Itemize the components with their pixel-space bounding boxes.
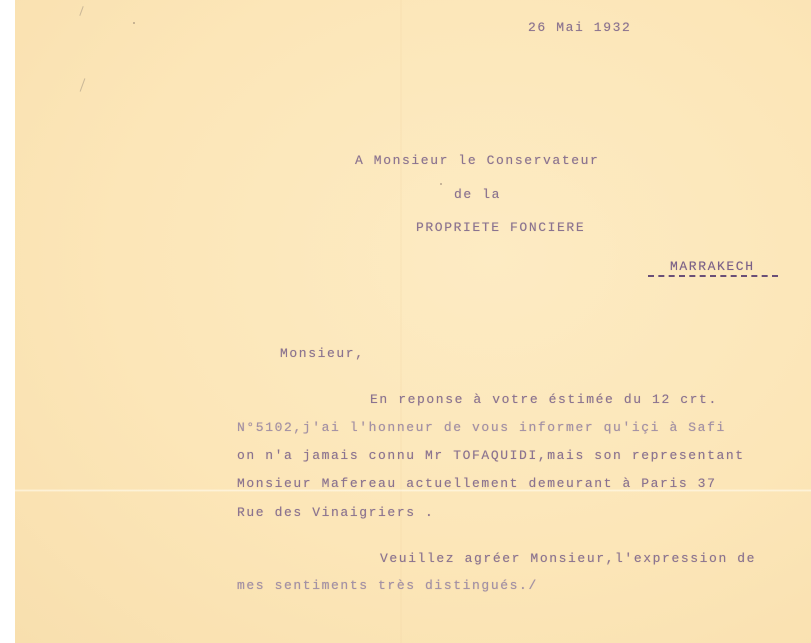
body-line-2: N°5102,j'ai l'honneur de vous informer q… — [237, 420, 726, 435]
closing-line-2: mes sentiments très distingués./ — [237, 578, 538, 593]
letter-paper: 26 Mai 1932 A Monsieur le Conservateur d… — [15, 0, 811, 643]
city-underline — [648, 275, 778, 277]
recipient-line-2: de la — [454, 187, 501, 202]
paper-scratch — [80, 78, 86, 91]
body-line-5: Rue des Vinaigriers . — [237, 505, 434, 520]
paper-speck — [440, 183, 442, 185]
salutation: Monsieur, — [280, 346, 365, 361]
vertical-fold-crease — [400, 0, 402, 643]
letter-date: 26 Mai 1932 — [528, 20, 631, 35]
body-line-3: on n'a jamais connu Mr TOFAQUIDI,mais so… — [237, 448, 745, 463]
recipient-line-3: PROPRIETE FONCIERE — [416, 220, 585, 235]
body-line-1: En reponse à votre éstimée du 12 crt. — [370, 392, 718, 407]
closing-line-1: Veuillez agréer Monsieur,l'expression de — [380, 551, 756, 566]
body-line-4: Monsieur Mafereau actuellement demeurant… — [237, 476, 716, 491]
paper-speck — [133, 22, 135, 24]
recipient-city: MARRAKECH — [670, 259, 755, 274]
paper-scratch — [79, 6, 83, 16]
recipient-line-1: A Monsieur le Conservateur — [355, 153, 599, 168]
